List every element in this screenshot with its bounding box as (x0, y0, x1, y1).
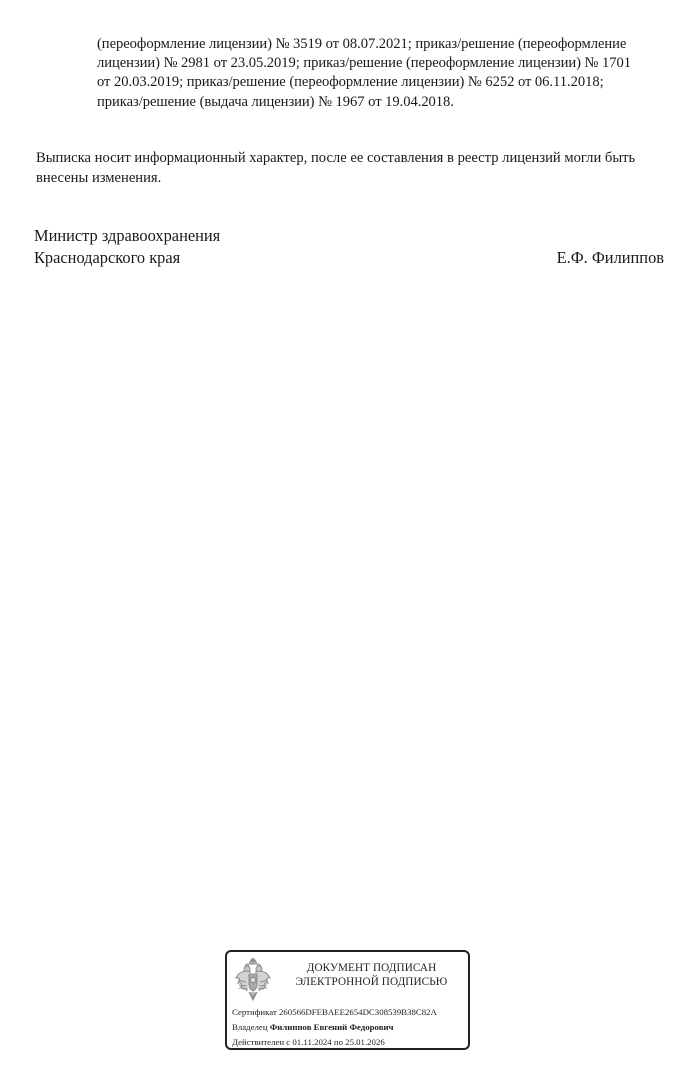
certificate-value: 260566DFEBAEE2654DC308539B38C82A (279, 1007, 437, 1017)
certificate-label: Сертификат (232, 1007, 277, 1017)
validity-value: с 01.11.2024 по 25.01.2026 (286, 1037, 384, 1047)
validity-label: Действителен (232, 1037, 284, 1047)
text-line: (переоформление лицензии) № 3519 от 08.0… (97, 35, 669, 54)
license-orders-continuation: (переоформление лицензии) № 3519 от 08.0… (97, 35, 669, 112)
electronic-signature-stamp: ДОКУМЕНТ ПОДПИСАН ЭЛЕКТРОННОЙ ПОДПИСЬЮ С… (225, 950, 470, 1050)
stamp-title-line: ЭЛЕКТРОННОЙ ПОДПИСЬЮ (279, 975, 464, 989)
text-line: Выписка носит информационный характер, п… (36, 149, 676, 169)
russian-coat-of-arms-icon (234, 958, 272, 1002)
owner-value: Филиппов Евгений Федорович (270, 1022, 394, 1032)
validity-row: Действителен с 01.11.2024 по 25.01.2026 (232, 1035, 437, 1050)
certificate-row: Сертификат 260566DFEBAEE2654DC308539B38C… (232, 1005, 437, 1020)
owner-label: Владелец (232, 1022, 268, 1032)
document-page: (переоформление лицензии) № 3519 от 08.0… (0, 0, 700, 1065)
text-line: от 20.03.2019; приказ/решение (переоформ… (97, 73, 669, 92)
signatory-name: Е.Ф. Филиппов (557, 247, 664, 269)
signatory-position: Министр здравоохранения (34, 225, 664, 247)
text-line: внесены изменения. (36, 169, 676, 189)
text-line: лицензии) № 2981 от 23.05.2019; приказ/р… (97, 54, 669, 73)
signature-block: Министр здравоохранения Краснодарского к… (34, 225, 664, 269)
disclaimer-paragraph: Выписка носит информационный характер, п… (36, 149, 676, 188)
stamp-details: Сертификат 260566DFEBAEE2654DC308539B38C… (232, 1005, 437, 1050)
stamp-title: ДОКУМЕНТ ПОДПИСАН ЭЛЕКТРОННОЙ ПОДПИСЬЮ (279, 961, 464, 989)
stamp-title-line: ДОКУМЕНТ ПОДПИСАН (279, 961, 464, 975)
owner-row: Владелец Филиппов Евгений Федорович (232, 1020, 437, 1035)
text-line: приказ/решение (выдача лицензии) № 1967 … (97, 93, 669, 112)
